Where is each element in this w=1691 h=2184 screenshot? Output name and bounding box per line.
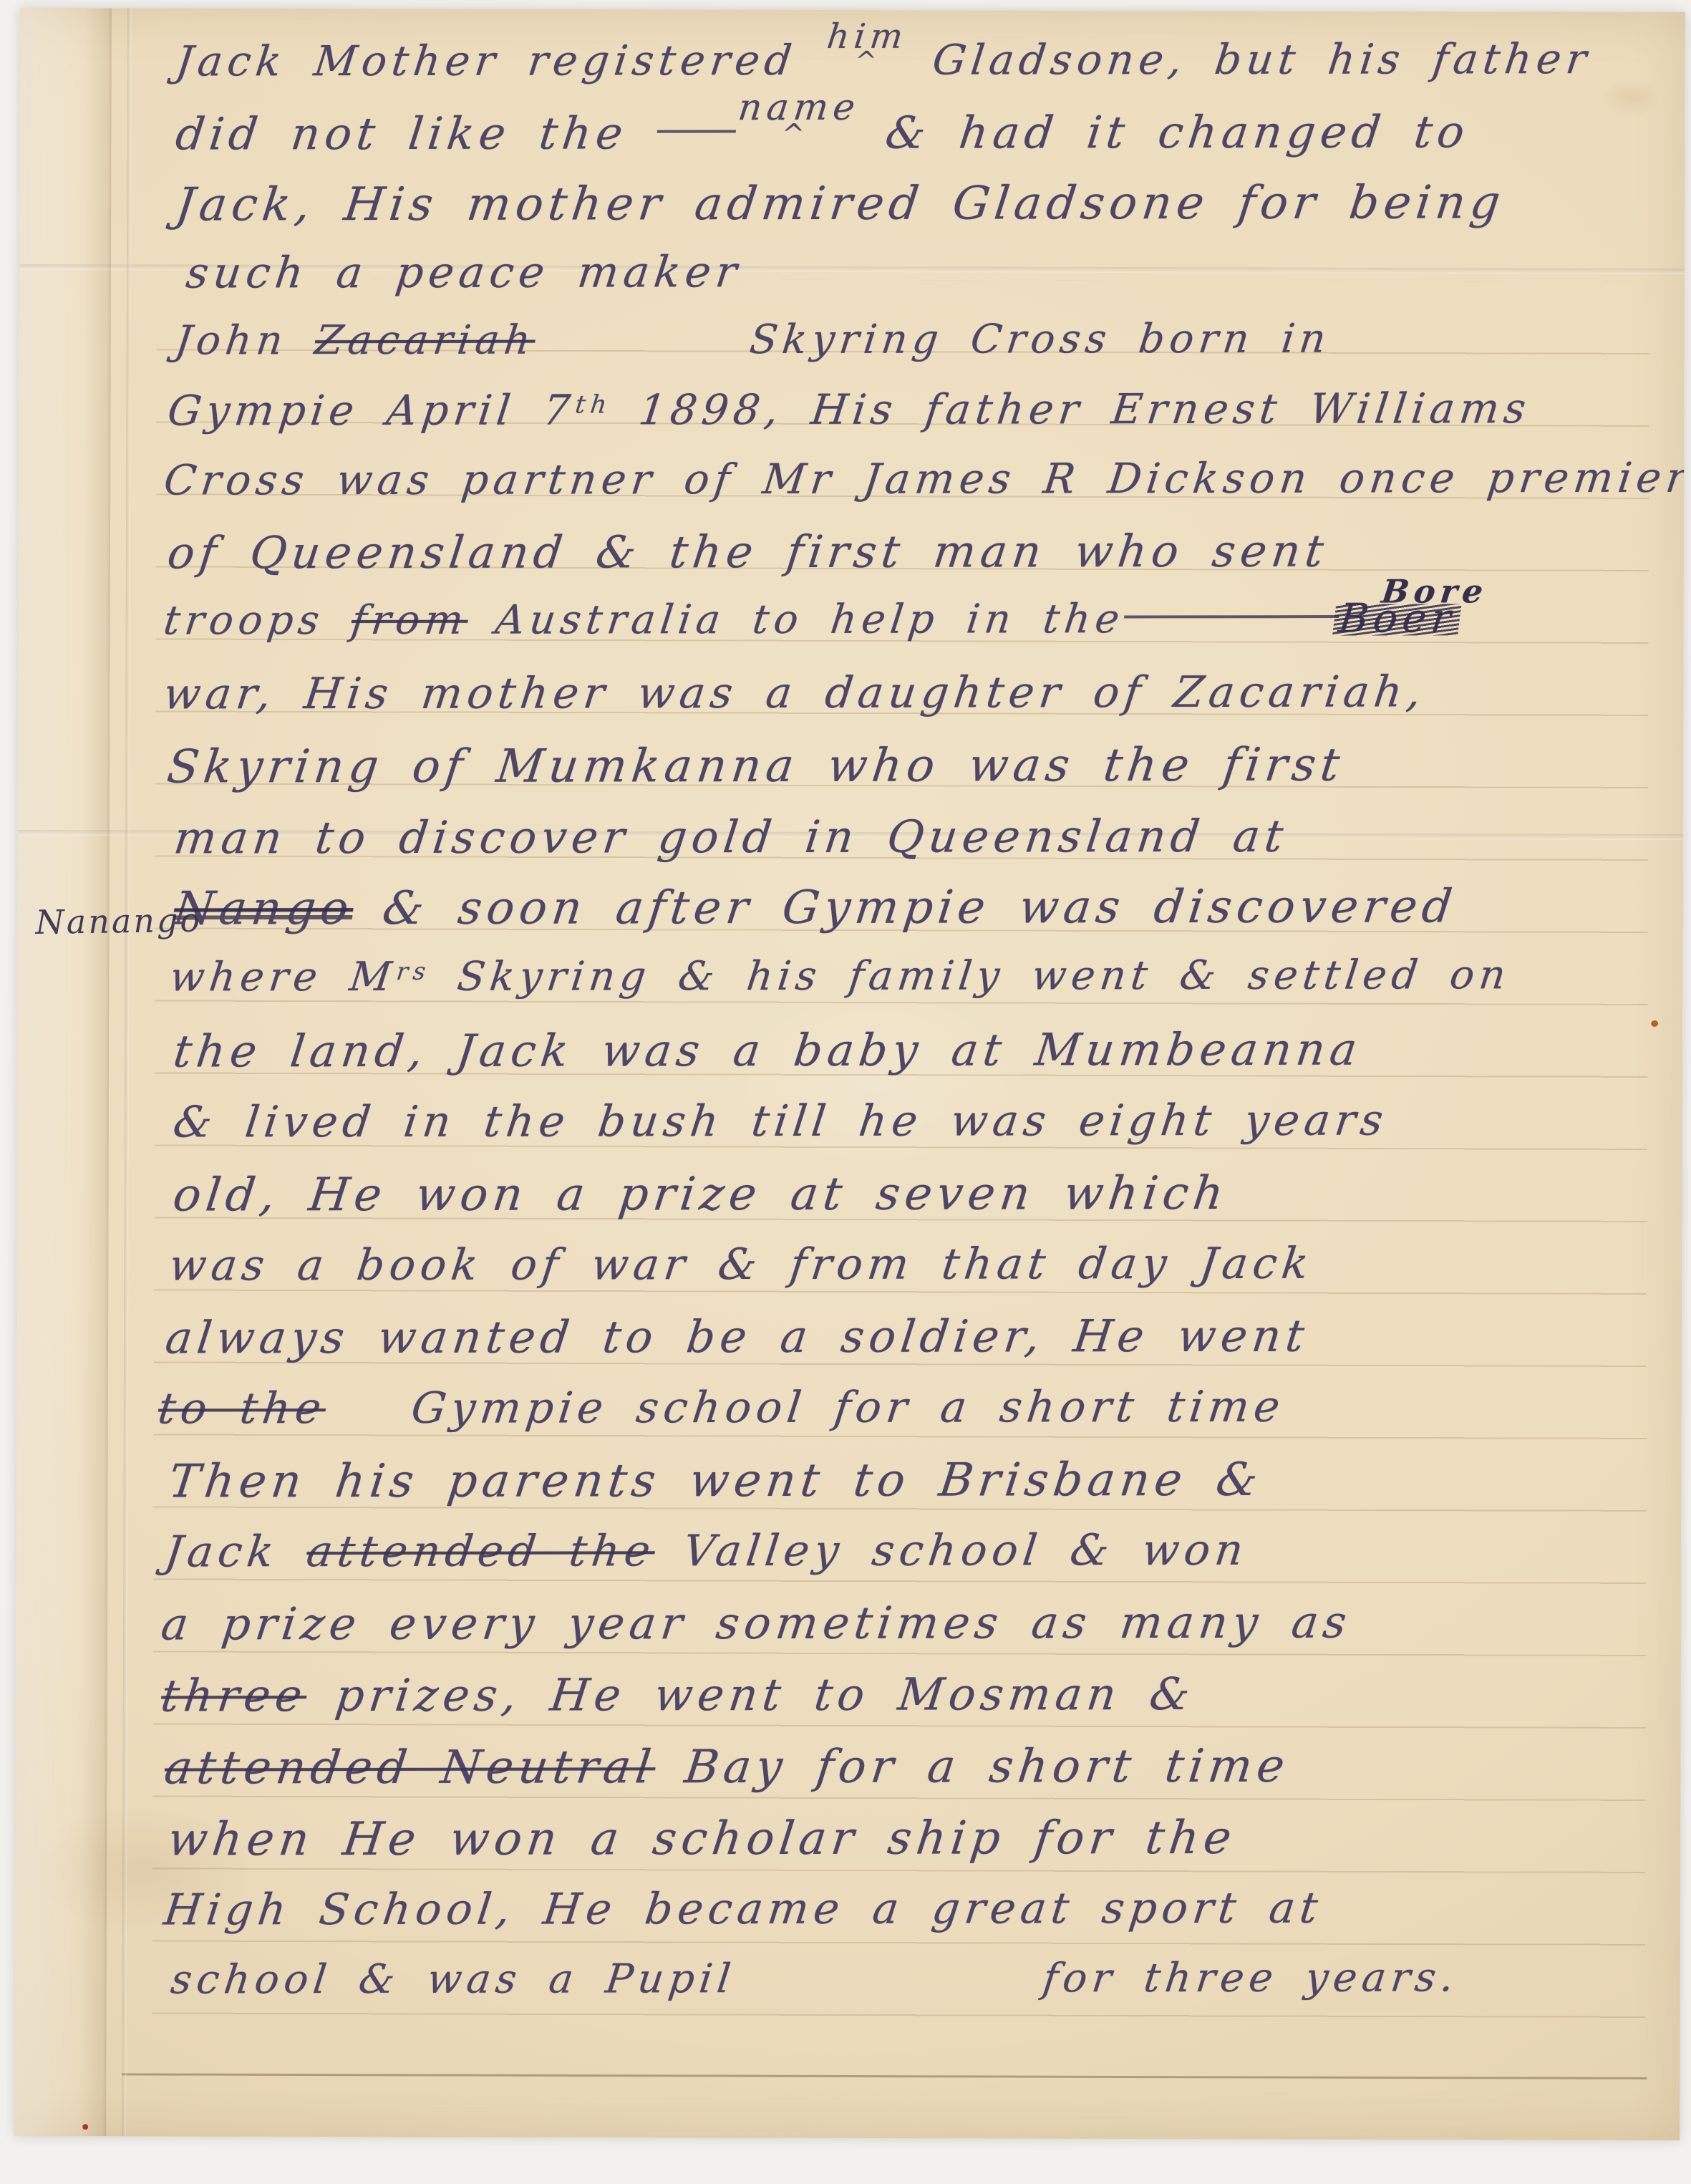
handwritten-line-7: Cross was partner of Mr James R Dickson … bbox=[162, 457, 1685, 501]
handwritten-line-13: Nango & soon after Gympie was discovered bbox=[172, 884, 1460, 932]
handwritten-line-19: always wanted to be a soldier, He went bbox=[163, 1314, 1312, 1361]
text-segment: Valley school & won bbox=[652, 1525, 1251, 1576]
text-segment: man to discover gold in Queensland at bbox=[171, 810, 1291, 864]
document-scan: { "document": { "type": "handwritten-let… bbox=[0, 0, 1691, 2184]
text-segment: Australia to help in the bbox=[465, 596, 1127, 644]
text-segment: school & was a Pupil bbox=[168, 1956, 738, 2003]
text-segment: Skyring & his family went & settled on bbox=[427, 952, 1513, 1000]
handwritten-line-20: to theGympie school for a short time bbox=[156, 1386, 1287, 1431]
text-segment: old, He won a prize at seven which bbox=[170, 1167, 1231, 1222]
text-segment: troops bbox=[161, 597, 354, 644]
text-segment: 1898, His father Ernest Williams bbox=[608, 384, 1533, 434]
text-segment: war, His mother was a daughter of Zacari… bbox=[161, 667, 1429, 719]
text-segment: Jack bbox=[163, 1527, 310, 1577]
text-segment: Jack, His mother admired Gladsone for be… bbox=[173, 176, 1508, 231]
handwritten-line-2: did not like the name & had it changed t… bbox=[173, 110, 1471, 156]
text-segment-strike: attended the bbox=[304, 1526, 659, 1577]
text-segment: & lived in the bush till he was eight ye… bbox=[170, 1096, 1390, 1148]
handwritten-line-3: Jack, His mother admired Gladsone for be… bbox=[173, 180, 1508, 228]
text-segment-line bbox=[1124, 615, 1339, 619]
handwritten-line-1: Jack Mother registered him Gladsone, but… bbox=[174, 38, 1594, 82]
text-segment: Gladsone, but his father bbox=[902, 34, 1594, 84]
text-segment-ins2: Bore bbox=[1380, 576, 1489, 608]
text-segment: a prize every year sometimes as many as bbox=[158, 1596, 1355, 1651]
text-segment-strike: Zacariah bbox=[312, 317, 538, 364]
text-segment-line bbox=[656, 130, 736, 132]
text-segment: the land, Jack was a baby at Mumbeanna bbox=[170, 1023, 1365, 1078]
text-segment: Gympie April 7 bbox=[165, 386, 578, 435]
text-segment: when He won a scholar ship for the bbox=[165, 1812, 1239, 1867]
text-segment: John bbox=[173, 317, 318, 364]
handwritten-line-27: High School, He became a great sport at bbox=[162, 1887, 1325, 1932]
text-segment-strike: three bbox=[158, 1669, 310, 1721]
text-segment-sup: rs bbox=[395, 960, 432, 984]
handwritten-line-11: Skyring of Mumkanna who was the first bbox=[165, 743, 1347, 791]
handwritten-line-28: school & was a Pupilfor three years. bbox=[169, 1958, 1461, 2000]
handwritten-line-6: Gympie April 7th 1898, His father Ernest… bbox=[165, 387, 1533, 431]
left-page-edge bbox=[14, 8, 112, 2136]
handwritten-line-17: old, He won a prize at seven which bbox=[170, 1171, 1231, 1219]
text-segment: of Queensland & the first man who sent bbox=[165, 525, 1331, 579]
text-segment: prizes, He went to Mosman & bbox=[304, 1668, 1198, 1721]
handwritten-line-9: troops from Australia to help in theBoer… bbox=[162, 599, 1487, 641]
handwritten-line-26: when He won a scholar ship for the bbox=[165, 1815, 1239, 1863]
text-segment: Then his parents went to Brisbane & bbox=[166, 1454, 1266, 1509]
handwriting-block: Jack Mother registered him Gladsone, but… bbox=[20, 8, 1685, 12]
text-segment: Bay for a short time bbox=[652, 1740, 1292, 1794]
text-segment-strike: from bbox=[349, 597, 470, 644]
text-segment: Skyring Cross born in bbox=[747, 316, 1333, 363]
handwritten-line-21: Then his parents went to Brisbane & bbox=[166, 1457, 1264, 1505]
handwritten-line-18: was a book of war & from that day Jack bbox=[167, 1242, 1315, 1287]
letter-page: Nanango Jack Mother registered him Glads… bbox=[14, 8, 1685, 2140]
text-segment: did not like the bbox=[173, 107, 660, 160]
ink-speck bbox=[1651, 1020, 1658, 1027]
text-segment-gap bbox=[734, 1991, 1042, 1992]
text-segment-gap bbox=[533, 353, 748, 354]
text-segment-sup: th bbox=[574, 393, 614, 418]
handwritten-line-22: Jack attended the Valley school & won bbox=[163, 1529, 1250, 1574]
text-segment-ins: name bbox=[736, 90, 862, 126]
text-segment: Skyring of Mumkanna who was the first bbox=[164, 739, 1347, 794]
handwritten-line-5: John ZacariahSkyring Cross born in bbox=[173, 319, 1333, 362]
text-segment: always wanted to be a soldier, He went bbox=[163, 1310, 1312, 1364]
text-segment: where M bbox=[168, 954, 399, 1001]
text-segment: Cross was partner of Mr James R Dickson … bbox=[161, 453, 1685, 505]
text-segment: was a book of war & from that day Jack bbox=[167, 1239, 1317, 1291]
text-segment: & had it changed to bbox=[853, 105, 1472, 158]
handwritten-line-12: man to discover gold in Queensland at bbox=[172, 814, 1291, 861]
handwritten-line-4: such a peace maker bbox=[184, 251, 744, 294]
handwritten-line-23: a prize every year sometimes as many as bbox=[159, 1600, 1354, 1647]
bottom-rule bbox=[122, 2073, 1647, 2079]
text-segment: such a peace maker bbox=[183, 247, 745, 298]
text-segment: High School, He became a great sport at bbox=[161, 1883, 1325, 1936]
text-segment-strike2: Nango bbox=[171, 882, 357, 935]
text-segment: & soon after Gympie was discovered bbox=[350, 880, 1460, 935]
text-segment-strike: to the bbox=[155, 1383, 329, 1434]
handwritten-line-10: war, His mother was a daughter of Zacari… bbox=[161, 670, 1428, 715]
handwritten-line-16: & lived in the bush till he was eight ye… bbox=[171, 1099, 1390, 1144]
ink-speck bbox=[82, 2124, 88, 2130]
fold-crease-vertical bbox=[122, 8, 132, 2136]
text-segment: Jack Mother registered bbox=[173, 36, 828, 86]
scan-background: Nanango Jack Mother registered him Glads… bbox=[0, 0, 1691, 2184]
handwritten-line-24: three prizes, He went to Mosman & bbox=[159, 1672, 1198, 1718]
handwritten-line-15: the land, Jack was a baby at Mumbeanna bbox=[171, 1028, 1365, 1074]
handwritten-line-25: attended Neutral Bay for a short time bbox=[162, 1744, 1292, 1792]
text-segment: for three years. bbox=[1040, 1954, 1461, 2001]
text-segment: Gympie school for a short time bbox=[409, 1382, 1288, 1434]
handwritten-line-14: where Mrs Skyring & his family went & se… bbox=[168, 955, 1513, 997]
text-segment-strike: attended Neutral bbox=[162, 1741, 659, 1794]
handwritten-line-8: of Queensland & the first man who sent bbox=[165, 529, 1331, 576]
text-segment-ins: him bbox=[825, 20, 910, 54]
